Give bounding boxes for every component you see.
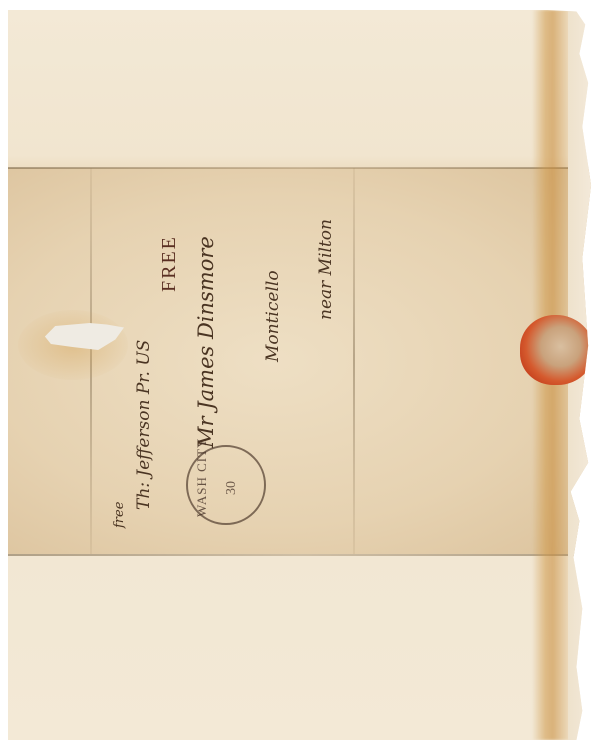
photo-scene: FREE free Th: Jefferson Pr. US Mr James … [0,0,600,751]
wax-seal [520,315,594,385]
fold-line-bottom [8,554,594,556]
address-line-monticello: Monticello [263,270,283,362]
address-recipient: Mr James Dinsmore [194,236,218,448]
franking-signature: Th: Jefferson Pr. US [134,340,154,510]
fold-line-right [353,168,355,554]
postmark-city: WASH CITY [194,438,210,517]
address-line-milton: near Milton [316,219,336,320]
franking-prefix: free [112,502,127,528]
free-frank-stamp: FREE [158,235,181,292]
letter-sheet: FREE free Th: Jefferson Pr. US Mr James … [8,10,594,740]
postmark-date: 30 [224,481,240,495]
fold-line-top [8,167,594,169]
postmark-circle: WASH CITY 30 [186,445,266,525]
